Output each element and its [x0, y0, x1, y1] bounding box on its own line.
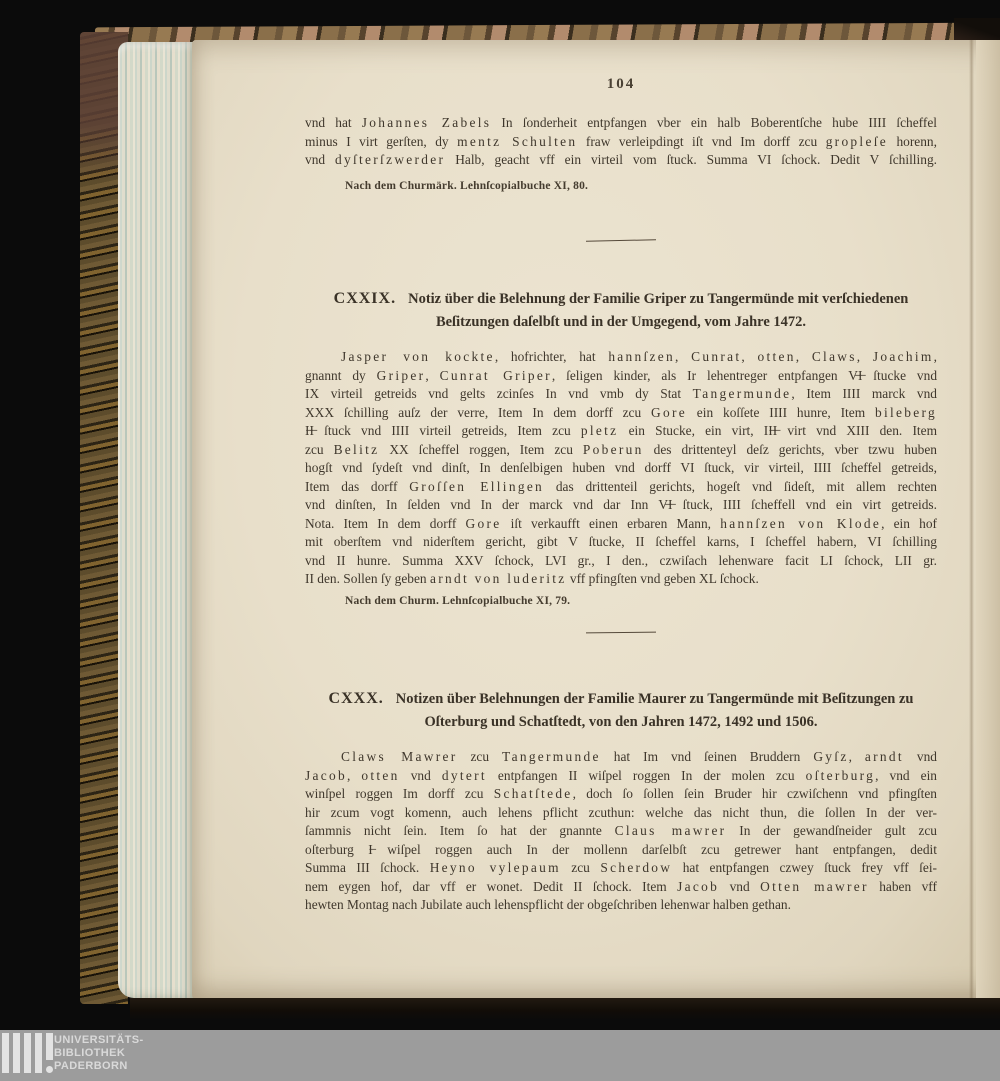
- logo-bar: [35, 1033, 42, 1073]
- text-line: vnd II hunre. Summa XXV ſchock, LVI gr.,…: [305, 552, 937, 571]
- page-crease: [969, 40, 974, 1002]
- text-line: hewten Montag nach Jubilate auch lehensp…: [305, 896, 937, 915]
- text-line: ſammnis nicht ſein. Item ſo hat der gnan…: [305, 822, 937, 841]
- text-line: Jasper von kockte, hofrichter, hat hannſ…: [305, 348, 937, 367]
- text-line: hir zcum vogt komenn, auch lehens pflich…: [305, 804, 937, 823]
- section-number: CXXIX.: [334, 290, 396, 307]
- section-divider: [586, 239, 656, 241]
- section-title-line: Beſitzungen daſelbſt und in der Umgegend…: [305, 311, 937, 333]
- text-line: gnannt dy Griper, Cunrat Griper, ſeligen…: [305, 367, 937, 386]
- logo-bar: [24, 1033, 31, 1073]
- text-line: vnd dinſten, In ſelden vnd In der marck …: [305, 496, 937, 515]
- text-line: mit oberſtem vnd niderſtem gericht, gibt…: [305, 533, 937, 552]
- text-line: hogſt vnd ſydeſt vnd dinſt, In denſelbig…: [305, 459, 937, 478]
- book-bottom-shadow: [130, 998, 1000, 1020]
- text-line: Item das dorff Groſſen Ellingen das drit…: [305, 478, 937, 497]
- source-citation: Nach dem Churmärk. Lehnſcopialbuche XI, …: [345, 180, 588, 192]
- text-line: nem eygen hof, dar vff er wonet. Dedit I…: [305, 878, 937, 897]
- text-line: vnd dyſterſzwerder Halb, geacht vff ein …: [305, 151, 937, 170]
- library-name-line: UNIVERSITÄTS-: [54, 1034, 144, 1047]
- logo-bar: [13, 1033, 20, 1073]
- logo-exclamation-bar: [46, 1033, 53, 1060]
- text-line: zcu Belitz XX ſcheffel roggen, Item zcu …: [305, 441, 937, 460]
- section-heading: CXXX.Notizen über Belehnungen der Famili…: [305, 688, 937, 710]
- text-line: XXX ſchilling auſz der verre, Item In de…: [305, 404, 937, 423]
- text-line: winſpel roggen Im dorff zcu Schatſtede, …: [305, 785, 937, 804]
- section-title-line: Notizen über Belehnungen der Familie Mau…: [396, 691, 914, 707]
- text-line: Jacob, otten vnd dytert entpfangen II wi…: [305, 767, 937, 786]
- text-line: Summa III ſchock. Heyno vylepaum zcu Sch…: [305, 859, 937, 878]
- section-body: Jasper von kockte, hofrichter, hat hannſ…: [305, 348, 937, 589]
- library-name-line: PADERBORN: [54, 1060, 144, 1073]
- scanned-book-page: 104 vnd hat Johannes Zabels In ſonderhei…: [0, 0, 1000, 1081]
- section-divider: [586, 632, 656, 634]
- section-number: CXXX.: [329, 690, 384, 707]
- text-line: II den. Sollen ſy geben arndt von luderi…: [305, 570, 937, 589]
- text-line: IX virteil getreids vnd gelts zcinſes In…: [305, 385, 937, 404]
- text-line: Claws Mawrer zcu Tangermunde hat Im vnd …: [305, 748, 937, 767]
- page-content: vnd hat Johannes Zabels In ſonderheit en…: [305, 40, 937, 1002]
- section-heading: CXXIX.Notiz über die Belehnung der Famil…: [305, 288, 937, 310]
- page-right-edge: [976, 40, 1000, 1002]
- section-title-line: Oſterburg und Schatſtedt, von den Jahren…: [305, 711, 937, 733]
- library-name-line: BIBLIOTHEK: [54, 1047, 144, 1060]
- text-line: oſterburg I̶ wiſpel roggen auch In der m…: [305, 841, 937, 860]
- section-body: Claws Mawrer zcu Tangermunde hat Im vnd …: [305, 748, 937, 915]
- text-line: minus I virt gerſten, dy mentz Schulten …: [305, 133, 937, 152]
- source-citation: Nach dem Churm. Lehnſcopialbuche XI, 79.: [345, 595, 570, 607]
- book-page: 104 vnd hat Johannes Zabels In ſonderhei…: [192, 40, 1000, 1002]
- intro-paragraph: vnd hat Johannes Zabels In ſonderheit en…: [305, 114, 937, 170]
- logo-exclamation-dot: [46, 1066, 53, 1073]
- text-line: I̶I̶ ſtuck vnd IIII virteil getreids, It…: [305, 422, 937, 441]
- text-line: vnd hat Johannes Zabels In ſonderheit en…: [305, 114, 937, 133]
- library-name: UNIVERSITÄTS- BIBLIOTHEK PADERBORN: [54, 1034, 144, 1073]
- logo-bar: [2, 1033, 9, 1073]
- section-title-line: Notiz über die Belehnung der Familie Gri…: [408, 291, 908, 307]
- library-footer-bar: UNIVERSITÄTS- BIBLIOTHEK PADERBORN: [0, 1030, 1000, 1081]
- text-line: Nota. Item In dem dorff Gore iſt verkauf…: [305, 515, 937, 534]
- page-stack-edge: [118, 42, 198, 998]
